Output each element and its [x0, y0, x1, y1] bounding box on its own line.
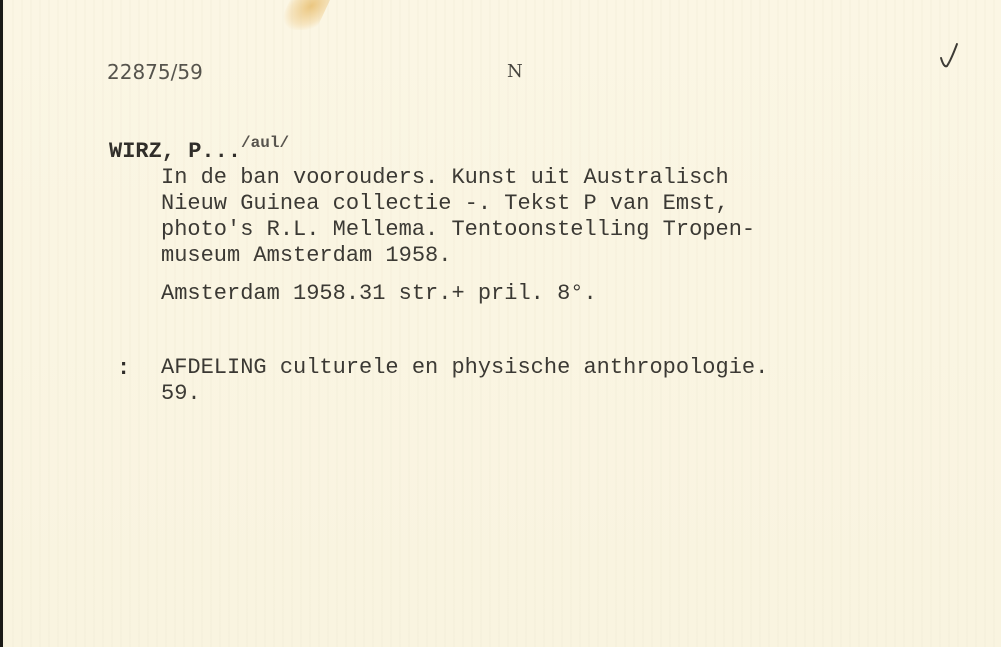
letter-code: N — [507, 61, 523, 82]
imprint: Amsterdam 1958.31 str.+ pril. 8°. — [161, 280, 597, 308]
title-line-2: Nieuw Guinea collectie -. Tekst P van Em… — [161, 190, 729, 218]
check-mark-icon — [939, 40, 961, 70]
title-line-3: photo's R.L. Mellema. Tentoonstelling Tr… — [161, 216, 755, 244]
paper-stain — [276, 0, 330, 30]
accession-number: 22875/59 — [107, 60, 203, 84]
subject-line-1: AFDELING culturele en physische anthropo… — [161, 354, 768, 382]
author-initial-dots: ... — [201, 139, 241, 164]
subject-marker: : — [117, 355, 130, 383]
title-line-1: In de ban voorouders. Kunst uit Australi… — [161, 164, 729, 192]
catalog-card: 22875/59 N WIRZ, P.../aul/ In de ban voo… — [3, 0, 1001, 647]
author-surname: WIRZ, P — [109, 139, 201, 164]
handwritten-completion: /aul/ — [241, 134, 289, 152]
author-heading: WIRZ, P.../aul/ — [109, 138, 289, 167]
title-line-4: museum Amsterdam 1958. — [161, 242, 451, 270]
subject-line-2: 59. — [161, 380, 201, 408]
